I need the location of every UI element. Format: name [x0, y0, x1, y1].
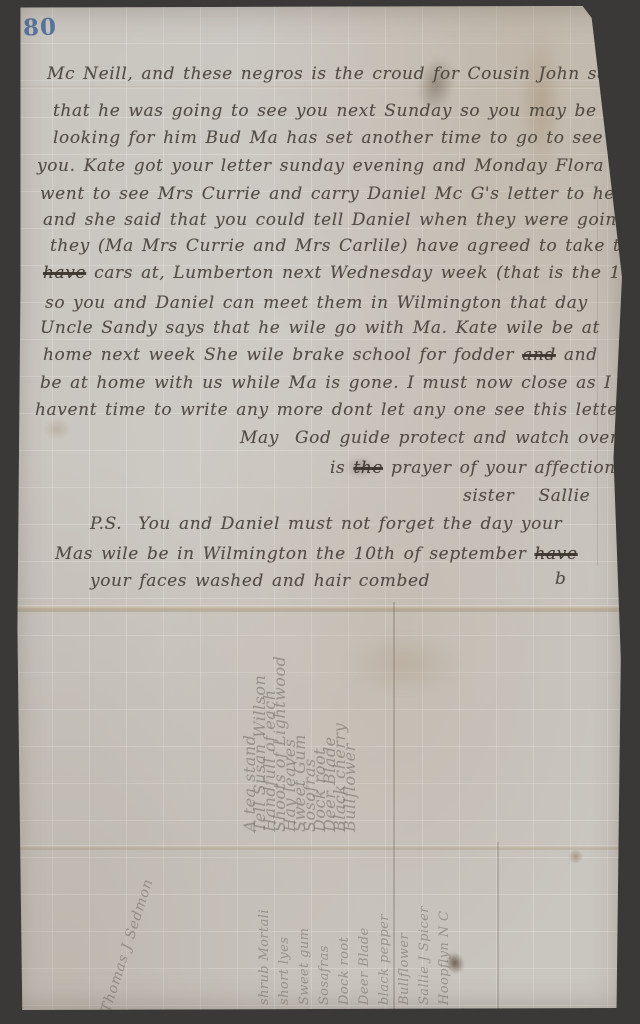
signature-line: sister Sallie — [463, 486, 590, 506]
ps-text: P.S. You and Daniel must not forget the … — [90, 514, 562, 534]
closing-text: May God guide protect and watch over yo — [240, 428, 640, 448]
letter-line: looking for him Bud Ma has set another t… — [53, 128, 603, 148]
closing-text: is — [330, 458, 353, 478]
letter-line-text: and — [556, 345, 598, 365]
letter-line-text: looking for him Bud Ma has set another t… — [53, 128, 603, 148]
pencil-note-line: Sallie J Spicer — [415, 855, 435, 1005]
fold-crease-vertical-bottom — [497, 842, 499, 1010]
pencil-note-line: shrub Mortali — [255, 855, 275, 1005]
ps-mark-text: b — [555, 569, 566, 589]
pencil-note-line: short lyes — [275, 855, 295, 1005]
struck-word: have — [43, 263, 86, 283]
fold-crease-horizontal-bottom — [15, 845, 622, 850]
pencil-note-line: Sosafras — [315, 855, 335, 1005]
fold-crease-horizontal-middle — [15, 605, 622, 612]
letter-line-text: be at home with us while Ma is gone. I m… — [40, 373, 611, 393]
pencil-note-line: Sweet gum — [295, 855, 315, 1005]
pencil-herb-list: Bullflower Black cherry Deer Blade Dock … — [245, 612, 355, 832]
letter-line: that he was going to see you next Sunday… — [53, 101, 597, 121]
letter-line-text: and she said that you could tell Daniel … — [43, 210, 628, 230]
fold-crease-horizontal-top — [15, 86, 622, 89]
ps-line: your faces washed and hair combed — [90, 571, 430, 591]
ps-text: your faces washed and hair combed — [90, 571, 430, 591]
pencil-note-line: black pepper — [375, 855, 395, 1005]
pencil-note-line: Bullflower — [345, 612, 355, 832]
stain — [345, 634, 465, 694]
stain — [43, 418, 71, 440]
pencil-signature: Thomas J Sedmon — [98, 867, 161, 1015]
letter-line-text: cars at, Lumberton next Wednesday week (… — [86, 263, 640, 283]
signature-text: sister Sallie — [463, 486, 590, 506]
pencil-note-line: Hoopflyn N C — [435, 855, 455, 1005]
letter-line: home next week She wile brake school for… — [43, 345, 598, 365]
letter-line: Uncle Sandy says that he wile go with Ma… — [40, 318, 600, 338]
stain — [568, 849, 583, 864]
struck-word: the — [353, 458, 383, 478]
letter-line-text: so you and Daniel can meet them in Wilmi… — [45, 293, 588, 313]
pencil-note-line: Dock root — [335, 855, 355, 1005]
letter-line-text: that he was going to see you next Sunday… — [53, 101, 597, 121]
struck-word: have — [535, 544, 578, 564]
closing-line: is the prayer of your affectionate — [330, 458, 640, 478]
ps-mark: b — [555, 569, 566, 589]
letter-line: they (Ma Mrs Currie and Mrs Carlile) hav… — [50, 236, 640, 256]
letter-line: have cars at, Lumberton next Wednesday w… — [43, 263, 640, 283]
letter-line-text: you. Kate got your letter sunday evening… — [37, 156, 604, 176]
letter-line-text: havent time to write any more dont let a… — [35, 400, 627, 420]
letter-line: went to see Mrs Currie and carry Daniel … — [40, 184, 624, 204]
pencil-note-line: Bullflower — [395, 855, 415, 1005]
letter-line-text: Uncle Sandy says that he wile go with Ma… — [40, 318, 600, 338]
letter-page: 80 Mc Neill, and these negros is the cro… — [15, 6, 622, 1010]
letter-line: and she said that you could tell Daniel … — [43, 210, 628, 230]
letter-line-text: Mc Neill, and these negros is the croud … — [47, 64, 625, 84]
pencil-names-and-list: Hoopflyn N C Sallie J Spicer Bullflower … — [255, 855, 455, 1005]
letter-line: Mc Neill, and these negros is the croud … — [47, 64, 625, 84]
letter-line: be at home with us while Ma is gone. I m… — [40, 373, 611, 393]
letter-line: havent time to write any more dont let a… — [35, 400, 627, 420]
letter-line: you. Kate got your letter sunday evening… — [37, 156, 604, 176]
ps-line: P.S. You and Daniel must not forget the … — [90, 514, 562, 534]
pencil-note-line: Deer Blade — [355, 855, 375, 1005]
letter-line-text: went to see Mrs Currie and carry Daniel … — [40, 184, 624, 204]
struck-word: and — [522, 345, 556, 365]
closing-text: prayer of your affectionate — [383, 458, 640, 478]
letter-line-text: they (Ma Mrs Currie and Mrs Carlile) hav… — [50, 236, 640, 256]
ps-text: Mas wile be in Wilmington the 10th of se… — [55, 544, 535, 564]
closing-line: May God guide protect and watch over yo — [240, 428, 640, 448]
ps-line: Mas wile be in Wilmington the 10th of se… — [55, 544, 578, 564]
letter-line-text: home next week She wile brake school for… — [43, 345, 522, 365]
letter-line: so you and Daniel can meet them in Wilmi… — [45, 293, 588, 313]
page-number-stamp: 80 — [23, 13, 58, 41]
